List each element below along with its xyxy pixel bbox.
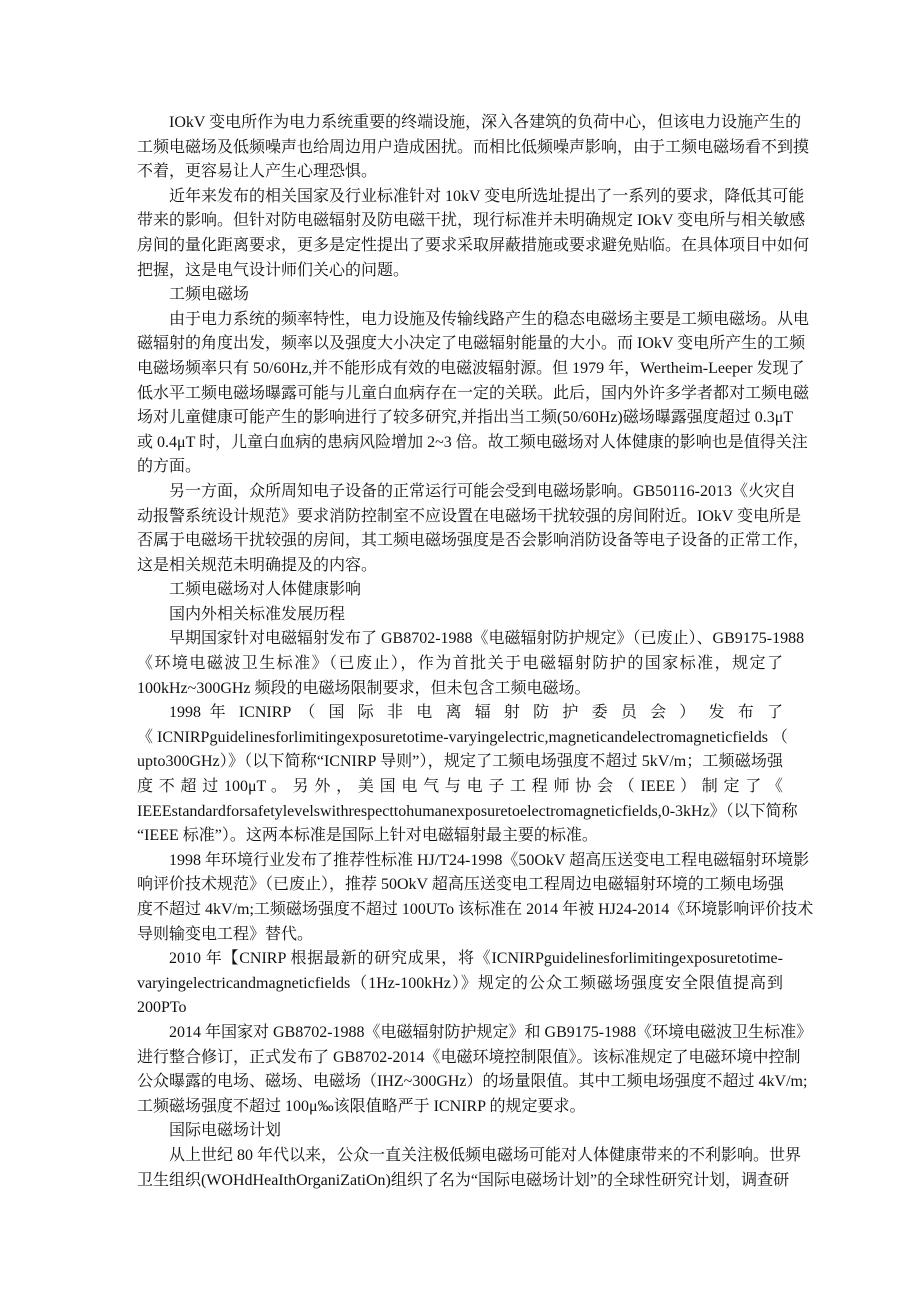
text-line: 不着，更容易让人产生心理恐惧。 <box>137 160 783 185</box>
text-line: 《 ICNIRPguidelinesforlimitingexposuretot… <box>137 726 783 751</box>
text-line: 近年来发布的相关国家及行业标准针对 10kV 变电所选址提出了一系列的要求，降低… <box>137 185 783 210</box>
text-line: 电磁场频率只有 50/60Hz,并不能形成有效的电磁波辐射源。但 1979 年，… <box>137 357 783 382</box>
text-line: IOkV 变电所作为电力系统重要的终端设施，深入各建筑的负荷中心，但该电力设施产… <box>137 111 783 136</box>
text-line: 公众曝露的电场、磁场、电磁场（IHZ~300GHz）的场量限值。其中工频电场强度… <box>137 1070 783 1095</box>
section-heading: 工频电磁场 <box>137 283 783 308</box>
text-line: 早期国家针对电磁辐射发布了 GB8702-1988《电磁辐射防护规定》（已废止）… <box>137 627 783 652</box>
text-line: 导则输变电工程》替代。 <box>137 923 783 948</box>
text-line: 1998 年环境行业发布了推荐性标准 HJ/T24-1998《50OkV 超高压… <box>137 849 783 874</box>
text-line: 度 不 超 过 100μT 。 另 外 ， 美 国 电 气 与 电 子 工 程 … <box>137 775 783 800</box>
heading-text: 国内外相关标准发展历程 <box>137 603 783 628</box>
text-line: 度不超过 4kV/m;工频磁场强度不超过 100UTo 该标准在 2014 年被… <box>137 898 783 923</box>
text-line: 带来的影响。但针对防电磁辐射及防电磁干扰，现行标准并未明确规定 IOkV 变电所… <box>137 209 783 234</box>
document-page: IOkV 变电所作为电力系统重要的终端设施，深入各建筑的负荷中心，但该电力设施产… <box>137 111 783 1193</box>
text-line: 进行整合修订，正式发布了 GB8702-2014《电磁环境控制限值》。该标准规定… <box>137 1046 783 1071</box>
paragraph: 从上世纪 80 年代以来，公众一直关注极低频电磁场可能对人体健康带来的不利影响。… <box>137 1144 783 1193</box>
text-line: 200PTo <box>137 996 783 1021</box>
text-line: 2014 年国家对 GB8702-1988《电磁辐射防护规定》和 GB9175-… <box>137 1021 783 1046</box>
text-line: varyingelectricandmagneticfields（1Hz-100… <box>137 972 783 997</box>
text-line: 由于电力系统的频率特性，电力设施及传输线路产生的稳态电磁场主要是工频电磁场。从电 <box>137 308 783 333</box>
text-line: 场对儿童健康可能产生的影响进行了较多研究,并指出当工频(50/60Hz)磁场曝露… <box>137 406 783 431</box>
text-line: 2010 年【CNIRP 根据最新的研究成果，将《ICNIRPguideline… <box>137 947 783 972</box>
text-line: 磁辐射的角度出发，频率以及强度大小决定了电磁辐射能量的大小。而 IOkV 变电所… <box>137 332 783 357</box>
section-heading: 国内外相关标准发展历程 <box>137 603 783 628</box>
section-heading: 国际电磁场计划 <box>137 1119 783 1144</box>
paragraph: 1998 年 ICNIRP （ 国 际 非 电 离 辐 射 防 护 委 员 会 … <box>137 701 783 849</box>
text-line: 工频磁场强度不超过 100μ‰该限值略严于 ICNIRP 的规定要求。 <box>137 1095 783 1120</box>
text-line: 100kHz~300GHz 频段的电磁场限制要求，但未包含工频电磁场。 <box>137 677 783 702</box>
paragraph: 由于电力系统的频率特性，电力设施及传输线路产生的稳态电磁场主要是工频电磁场。从电… <box>137 308 783 480</box>
text-line: 《环境电磁波卫生标准》（已废止），作为首批关于电磁辐射防护的国家标准，规定了 <box>137 652 783 677</box>
text-line: “IEEE 标准”）。这两本标准是国际上针对电磁辐射最主要的标准。 <box>137 824 783 849</box>
text-line: 把握，这是电气设计师们关心的问题。 <box>137 259 783 284</box>
text-line: 另一方面，众所周知电子设备的正常运行可能会受到电磁场影响。GB50116-201… <box>137 480 783 505</box>
text-line: 的方面。 <box>137 455 783 480</box>
paragraph: 早期国家针对电磁辐射发布了 GB8702-1988《电磁辐射防护规定》（已废止）… <box>137 627 783 701</box>
heading-text: 工频电磁场对人体健康影响 <box>137 578 783 603</box>
section-heading: 工频电磁场对人体健康影响 <box>137 578 783 603</box>
text-line: 响评价技术规范》（已废止），推荐 50OkV 超高压送变电工程周边电磁辐射环境的… <box>137 873 783 898</box>
paragraph: 2014 年国家对 GB8702-1988《电磁辐射防护规定》和 GB9175-… <box>137 1021 783 1119</box>
paragraph: 另一方面，众所周知电子设备的正常运行可能会受到电磁场影响。GB50116-201… <box>137 480 783 578</box>
text-line: 工频电磁场及低频噪声也给周边用户造成困扰。而相比低频噪声影响，由于工频电磁场看不… <box>137 136 783 161</box>
paragraph: 近年来发布的相关国家及行业标准针对 10kV 变电所选址提出了一系列的要求，降低… <box>137 185 783 283</box>
text-line: 这是相关规范未明确提及的内容。 <box>137 554 783 579</box>
text-line: 从上世纪 80 年代以来，公众一直关注极低频电磁场可能对人体健康带来的不利影响。… <box>137 1144 783 1169</box>
heading-text: 国际电磁场计划 <box>137 1119 783 1144</box>
text-line: 房间的量化距离要求，更多是定性提出了要求采取屏蔽措施或要求避免贴临。在具体项目中… <box>137 234 783 259</box>
paragraph: IOkV 变电所作为电力系统重要的终端设施，深入各建筑的负荷中心，但该电力设施产… <box>137 111 783 185</box>
text-line: IEEEstandardforsafetylevelswithrespectto… <box>137 800 783 825</box>
heading-text: 工频电磁场 <box>137 283 783 308</box>
paragraph: 1998 年环境行业发布了推荐性标准 HJ/T24-1998《50OkV 超高压… <box>137 849 783 947</box>
paragraph: 2010 年【CNIRP 根据最新的研究成果，将《ICNIRPguideline… <box>137 947 783 1021</box>
text-line: 卫生组织(WOHdHeaIthOrganiZatiOn)组织了名为“国际电磁场计… <box>137 1169 783 1194</box>
text-line: 低水平工频电磁场曝露可能与儿童白血病存在一定的关联。此后，国内外许多学者都对工频… <box>137 382 783 407</box>
text-line: 1998 年 ICNIRP （ 国 际 非 电 离 辐 射 防 护 委 员 会 … <box>137 701 783 726</box>
text-line: 否属于电磁场干扰较强的房间，其工频电磁场强度是否会影响消防设备等电子设备的正常工… <box>137 529 783 554</box>
text-line: upto300GHz）》（以下简称“ICNIRP 导则”），规定了工频电场强度不… <box>137 750 783 775</box>
text-line: 或 0.4μT 时，儿童白血病的患病风险增加 2~3 倍。故工频电磁场对人体健康… <box>137 431 783 456</box>
text-line: 动报警系统设计规范》要求消防控制室不应设置在电磁场干扰较强的房间附近。IOkV … <box>137 505 783 530</box>
